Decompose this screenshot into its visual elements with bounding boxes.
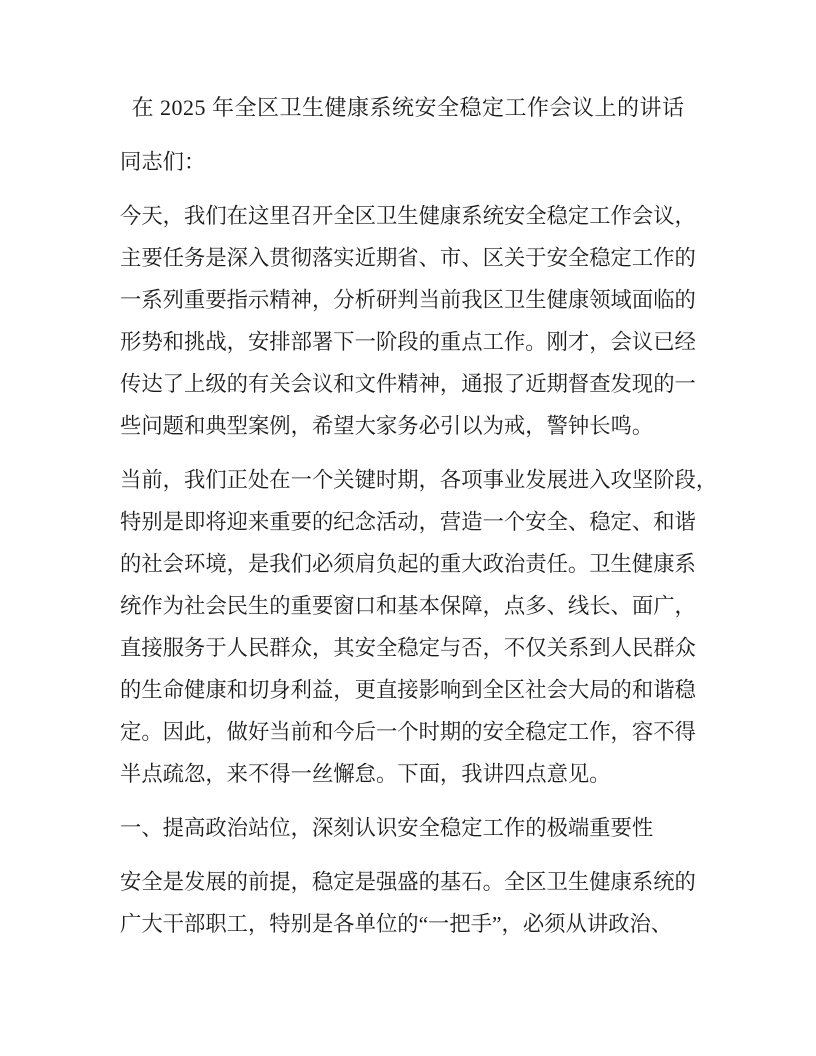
document-title: 在 2025 年全区卫生健康系统安全稳定工作会议上的讲话 — [120, 87, 696, 129]
paragraph: 今天，我们在这里召开全区卫生健康系统安全稳定工作会议，主要任务是深入贯彻落实近期… — [120, 195, 696, 447]
text-line: 的生命健康和切身利益，更直接影响到全区社会大局的和谐稳 — [120, 669, 696, 711]
section-heading: 一、提高政治站位，深刻认识安全稳定工作的极端重要性 — [120, 807, 696, 849]
text-line: 主要任务是深入贯彻落实近期省、市、区关于安全稳定工作的 — [120, 237, 696, 279]
text-line: 统作为社会民生的重要窗口和基本保障，点多、线长、面广， — [120, 585, 696, 627]
text-line: 同志们： — [120, 141, 696, 183]
text-line: 直接服务于人民群众，其安全稳定与否，不仅关系到人民群众 — [120, 627, 696, 669]
text-line: 当前，我们正处在一个关键时期，各项事业发展进入攻坚阶段， — [120, 459, 696, 501]
text-line: 的社会环境，是我们必须肩负起的重大政治责任。卫生健康系 — [120, 543, 696, 585]
text-line: 一、提高政治站位，深刻认识安全稳定工作的极端重要性 — [120, 807, 696, 849]
paragraph: 当前，我们正处在一个关键时期，各项事业发展进入攻坚阶段，特别是即将迎来重要的纪念… — [120, 459, 696, 795]
salutation: 同志们： — [120, 141, 696, 183]
document-body: 同志们：今天，我们在这里召开全区卫生健康系统安全稳定工作会议，主要任务是深入贯彻… — [120, 141, 696, 945]
text-line: 半点疏忽，来不得一丝懈怠。下面，我讲四点意见。 — [120, 753, 696, 795]
text-line: 广大干部职工，特别是各单位的“一把手”，必须从讲政治、 — [120, 903, 696, 945]
text-line: 形势和挑战，安排部署下一阶段的重点工作。刚才，会议已经 — [120, 321, 696, 363]
text-line: 一系列重要指示精神，分析研判当前我区卫生健康领域面临的 — [120, 279, 696, 321]
text-line: 特别是即将迎来重要的纪念活动，营造一个安全、稳定、和谐 — [120, 501, 696, 543]
text-line: 今天，我们在这里召开全区卫生健康系统安全稳定工作会议， — [120, 195, 696, 237]
text-line: 些问题和典型案例，希望大家务必引以为戒，警钟长鸣。 — [120, 405, 696, 447]
text-line: 定。因此，做好当前和今后一个时期的安全稳定工作，容不得 — [120, 711, 696, 753]
text-line: 传达了上级的有关会议和文件精神，通报了近期督查发现的一 — [120, 363, 696, 405]
text-line: 安全是发展的前提，稳定是强盛的基石。全区卫生健康系统的 — [120, 861, 696, 903]
document-page: 在 2025 年全区卫生健康系统安全稳定工作会议上的讲话 同志们：今天，我们在这… — [0, 0, 816, 1056]
paragraph: 安全是发展的前提，稳定是强盛的基石。全区卫生健康系统的广大干部职工，特别是各单位… — [120, 861, 696, 945]
